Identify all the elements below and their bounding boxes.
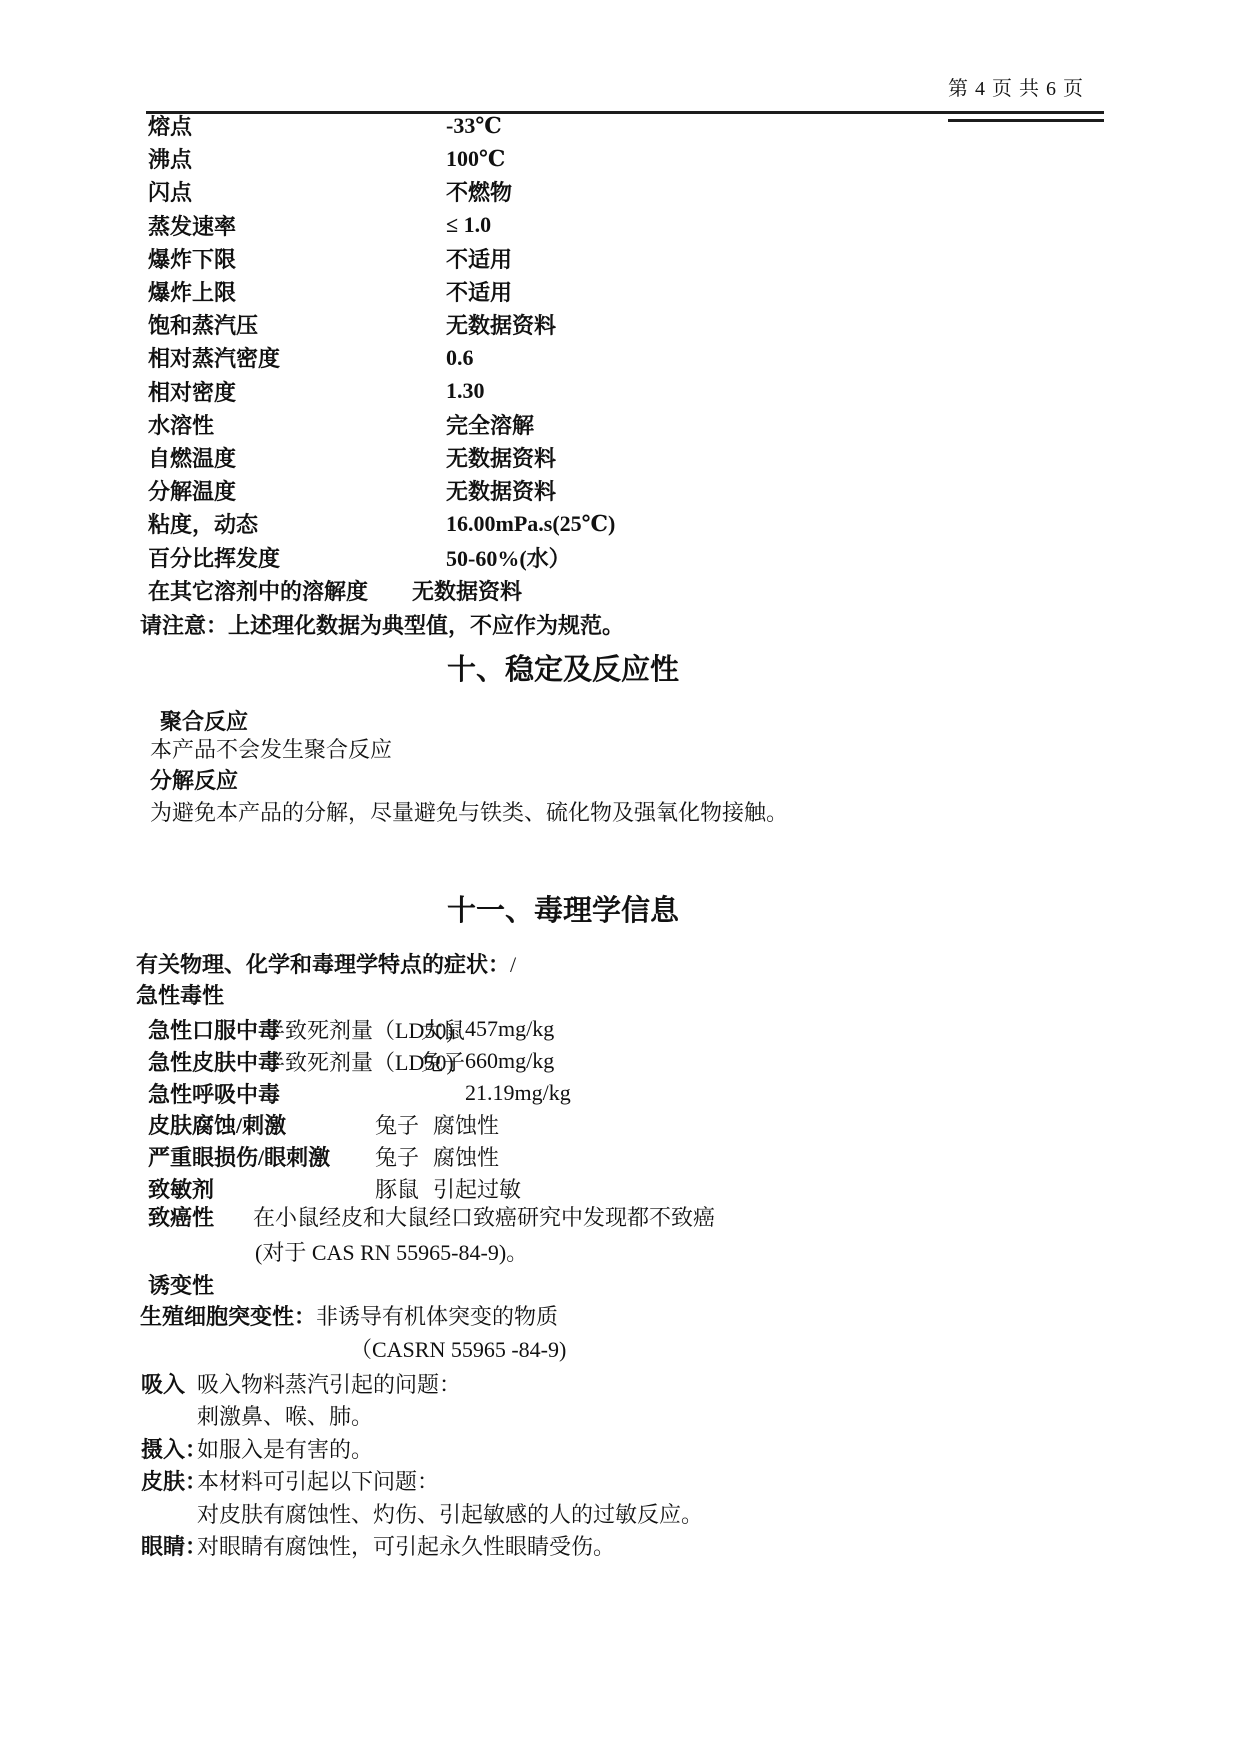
- property-value: 不燃物: [446, 176, 512, 207]
- property-row: 熔点-33℃: [148, 109, 1048, 142]
- property-row: 相对密度1.30: [148, 375, 1048, 408]
- property-label: 爆炸上限: [148, 276, 446, 307]
- route-label: 吸入: [141, 1368, 185, 1399]
- acute-row-desc: 半致死剂量（LD50): [263, 1046, 421, 1077]
- effects-table: 皮肤腐蚀/刺激兔子腐蚀性 严重眼损伤/眼刺激兔子腐蚀性 致敏剂豚鼠引起过敏: [148, 1108, 1068, 1204]
- property-row: 饱和蒸汽压无数据资料: [148, 308, 1048, 341]
- carcinogenicity-cas: (对于 CAS RN 55965-84-9)。: [255, 1237, 528, 1269]
- property-row: 蒸发速率≤ 1.0: [148, 209, 1048, 242]
- page-number: 第 4 页 共 6 页: [948, 72, 1108, 101]
- property-value: 不适用: [446, 243, 512, 274]
- property-label: 相对蒸汽密度: [148, 342, 446, 373]
- acute-row: 急性皮肤中毒半致死剂量（LD50)兔子660mg/kg: [148, 1045, 1068, 1077]
- symptoms-label: 有关物理、化学和毒理学特点的症状：: [136, 952, 510, 977]
- property-value: 完全溶解: [446, 409, 534, 440]
- route-line-continuation: 对皮肤有腐蚀性、灼伤、引起敏感的人的过敏反应。: [141, 1497, 1101, 1530]
- acute-toxicity-heading: 急性毒性: [136, 980, 224, 1012]
- property-label: 爆炸下限: [148, 243, 446, 274]
- properties-table: 熔点-33℃ 沸点100℃ 闪点不燃物 蒸发速率≤ 1.0 爆炸下限不适用 爆炸…: [148, 109, 1048, 607]
- acute-row-value: 457mg/kg: [465, 1016, 554, 1042]
- effect-row: 皮肤腐蚀/刺激兔子腐蚀性: [148, 1108, 1068, 1140]
- section-title-stability: 十、稳定及反应性: [133, 652, 993, 688]
- property-label: 熔点: [148, 110, 446, 141]
- route-text: 如服入是有害的。: [197, 1433, 373, 1464]
- property-row: 百分比挥发度50-60%(水）: [148, 540, 1048, 573]
- acute-toxicity-table: 急性口服中毒半致死剂量（LD50)大鼠457mg/kg 急性皮肤中毒半致死剂量（…: [148, 1013, 1068, 1109]
- route-line-eyes: 眼睛：对眼睛有腐蚀性，可引起永久性眼睛受伤。: [141, 1530, 1101, 1563]
- route-line-skin: 皮肤：本材料可引起以下问题：: [141, 1465, 1101, 1498]
- property-value: 无数据资料: [446, 309, 556, 340]
- effect-row-result: 腐蚀性: [433, 1141, 499, 1172]
- acute-row-label: 急性呼吸中毒: [148, 1078, 263, 1109]
- route-label: 摄入：: [141, 1433, 207, 1464]
- property-value: 无数据资料: [446, 442, 556, 473]
- property-row: 相对蒸汽密度0.6: [148, 341, 1048, 374]
- property-value: ≤ 1.0: [446, 212, 491, 238]
- property-row: 分解温度无数据资料: [148, 474, 1048, 507]
- property-label: 分解温度: [148, 475, 446, 506]
- carcinogenicity-line: 致癌性 在小鼠经皮和大鼠经口致癌研究中发现都不致癌: [148, 1202, 715, 1234]
- effect-row-result: 腐蚀性: [433, 1109, 499, 1140]
- acute-row-label: 急性皮肤中毒: [148, 1046, 263, 1077]
- property-value: 无数据资料: [412, 575, 522, 606]
- acute-row-animal: 大鼠: [421, 1014, 465, 1045]
- carcinogenicity-label: 致癌性: [148, 1202, 214, 1234]
- property-value: 1.30: [446, 378, 485, 404]
- germ-cell-value: 非诱导有机体突变的物质: [316, 1304, 558, 1329]
- property-label: 粘度，动态: [148, 508, 446, 539]
- property-row: 沸点100℃: [148, 142, 1048, 175]
- route-line-ingestion: 摄入：如服入是有害的。: [141, 1432, 1101, 1465]
- germ-cell-cas: （CASRN 55965 -84-9): [350, 1334, 566, 1366]
- route-label: 皮肤：: [141, 1465, 207, 1496]
- route-line-continuation: 刺激鼻、喉、肺。: [141, 1400, 1101, 1433]
- property-value: -33℃: [446, 113, 502, 139]
- acute-row: 急性口服中毒半致死剂量（LD50)大鼠457mg/kg: [148, 1013, 1068, 1045]
- acute-row-value: 660mg/kg: [465, 1048, 554, 1074]
- route-text: 对皮肤有腐蚀性、灼伤、引起敏感的人的过敏反应。: [197, 1498, 703, 1529]
- property-label: 饱和蒸汽压: [148, 309, 446, 340]
- effect-row-label: 严重眼损伤/眼刺激: [148, 1141, 375, 1172]
- property-row: 粘度，动态16.00mPa.s(25℃): [148, 507, 1048, 540]
- properties-note: 请注意：上述理化数据为典型值，不应作为规范。: [140, 609, 624, 640]
- acute-row: 急性呼吸中毒21.19mg/kg: [148, 1077, 1068, 1109]
- germ-cell-label: 生殖细胞突变性：: [140, 1304, 316, 1329]
- effect-row: 严重眼损伤/眼刺激兔子腐蚀性: [148, 1140, 1068, 1172]
- property-label: 自燃温度: [148, 442, 446, 473]
- acute-row-value: 21.19mg/kg: [465, 1080, 571, 1106]
- mutagenicity-heading: 诱变性: [148, 1270, 214, 1302]
- property-value: 0.6: [446, 345, 474, 371]
- property-row: 水溶性完全溶解: [148, 408, 1048, 441]
- property-row: 爆炸上限不适用: [148, 275, 1048, 308]
- effect-row-result: 引起过敏: [433, 1173, 521, 1204]
- section-title-toxicology: 十一、毒理学信息: [133, 893, 993, 929]
- route-text: 本材料可引起以下问题：: [197, 1465, 439, 1496]
- effect-row-label: 皮肤腐蚀/刺激: [148, 1109, 375, 1140]
- property-label: 水溶性: [148, 409, 446, 440]
- polymerization-body: 本产品不会发生聚合反应: [150, 734, 392, 766]
- property-label: 相对密度: [148, 376, 446, 407]
- exposure-routes: 吸入吸入物料蒸汽引起的问题： 刺激鼻、喉、肺。 摄入：如服入是有害的。 皮肤：本…: [141, 1367, 1101, 1562]
- property-value: 100℃: [446, 146, 505, 172]
- property-label: 百分比挥发度: [148, 542, 446, 573]
- property-label: 在其它溶剂中的溶解度: [148, 575, 412, 606]
- route-line-inhalation: 吸入吸入物料蒸汽引起的问题：: [141, 1367, 1101, 1400]
- acute-row-animal: 兔子: [421, 1046, 465, 1077]
- germ-cell-line: 生殖细胞突变性：非诱导有机体突变的物质: [140, 1301, 558, 1333]
- property-value: 无数据资料: [446, 475, 556, 506]
- effect-row: 致敏剂豚鼠引起过敏: [148, 1172, 1068, 1204]
- property-label: 闪点: [148, 176, 446, 207]
- decomposition-body: 为避免本产品的分解，尽量避免与铁类、硫化物及强氧化物接触。: [150, 797, 788, 829]
- symptoms-line: 有关物理、化学和毒理学特点的症状：/: [136, 949, 516, 981]
- property-row: 爆炸下限不适用: [148, 242, 1048, 275]
- property-value: 50-60%(水）: [446, 542, 571, 573]
- property-row: 自燃温度无数据资料: [148, 441, 1048, 474]
- property-value: 16.00mPa.s(25℃): [446, 511, 615, 537]
- property-value: 不适用: [446, 276, 512, 307]
- symptoms-value: /: [510, 952, 516, 977]
- effect-row-label: 致敏剂: [148, 1173, 375, 1204]
- route-text: 吸入物料蒸汽引起的问题：: [197, 1368, 461, 1399]
- carcinogenicity-text: 在小鼠经皮和大鼠经口致癌研究中发现都不致癌: [148, 1202, 715, 1234]
- acute-row-desc: 半致死剂量（LD50): [263, 1014, 421, 1045]
- property-row: 闪点不燃物: [148, 175, 1048, 208]
- property-label: 蒸发速率: [148, 210, 446, 241]
- property-row: 在其它溶剂中的溶解度无数据资料: [148, 574, 1048, 607]
- route-label: 眼睛：: [141, 1530, 207, 1561]
- route-text: 对眼睛有腐蚀性，可引起永久性眼睛受伤。: [197, 1530, 615, 1561]
- decomposition-heading: 分解反应: [150, 765, 238, 797]
- acute-row-label: 急性口服中毒: [148, 1014, 263, 1045]
- property-label: 沸点: [148, 143, 446, 174]
- route-text: 刺激鼻、喉、肺。: [197, 1400, 373, 1431]
- effect-row-animal: 兔子: [375, 1141, 433, 1172]
- document-page: 第 4 页 共 6 页 熔点-33℃ 沸点100℃ 闪点不燃物 蒸发速率≤ 1.…: [0, 0, 1241, 1755]
- effect-row-animal: 兔子: [375, 1109, 433, 1140]
- effect-row-animal: 豚鼠: [375, 1173, 433, 1204]
